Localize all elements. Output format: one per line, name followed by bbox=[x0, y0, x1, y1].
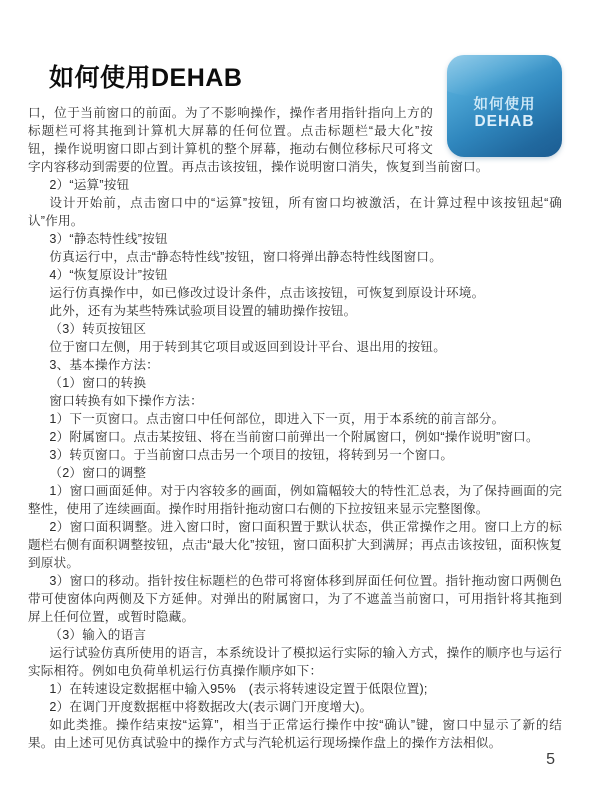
paragraph: 3）“静态特性线”按钮 bbox=[28, 230, 562, 248]
paragraph: 2）窗口面积调整。进入窗口时，窗口面积置于默认状态，供正常操作之用。窗口上方的标… bbox=[28, 518, 562, 572]
paragraph: （2）窗口的调整 bbox=[28, 464, 562, 482]
paragraph: 2）在调门开度数据框中将数据改大(表示调门开度增大)。 bbox=[28, 698, 562, 716]
paragraph: 4）“恢复原设计”按钮 bbox=[28, 266, 562, 284]
page-number: 5 bbox=[546, 751, 555, 769]
paragraph: 如此类推。操作结束按“运算”，相当于正常运行操作中按“确认”键，窗口中显示了新的… bbox=[28, 716, 562, 752]
paragraph: 运行仿真操作中，如已修改过设计条件，点击该按钮，可恢复到原设计环境。 bbox=[28, 284, 562, 302]
badge-title-chinese: 如何使用 bbox=[447, 97, 562, 114]
paragraph: （1）窗口的转换 bbox=[28, 374, 562, 392]
document-page: 如何使用 DEHAB 如何使用DEHAB 口，位于当前窗口的前面。为了不影响操作… bbox=[0, 0, 589, 800]
paragraph: 位于窗口左侧，用于转到其它项目或返回到设计平台、退出用的按钮。 bbox=[28, 338, 562, 356]
paragraph: 2）附属窗口。点击某按钮、将在当前窗口前弹出一个附属窗口，例如“操作说明”窗口。 bbox=[28, 428, 562, 446]
paragraph: 3）转页窗口。于当前窗口点击另一个项目的按钮，将转到另一个窗口。 bbox=[28, 446, 562, 464]
paragraph: 1）在转速设定数据框中输入95% (表示将转速设定置于低限位置); bbox=[28, 680, 562, 698]
paragraph: 此外，还有为某些特殊试验项目设置的辅助操作按钮。 bbox=[28, 302, 562, 320]
paragraph: 3、基本操作方法： bbox=[28, 356, 562, 374]
paragraph: 运行试验仿真所使用的语言，本系统设计了模拟运行实际的输入方式，操作的顺序也与运行… bbox=[28, 644, 562, 680]
paragraph: （3）转页按钮区 bbox=[28, 320, 562, 338]
paragraph: 3）窗口的移动。指针按住标题栏的色带可将窗体移到屏面任何位置。指针拖动窗口两侧色… bbox=[28, 572, 562, 626]
paragraph: （3）输入的语言 bbox=[28, 626, 562, 644]
paragraph: 1）窗口画面延伸。对于内容较多的画面，例如篇幅较大的特性汇总表，为了保持画面的完… bbox=[28, 482, 562, 518]
paragraph: 仿真运行中，点击“静态特性线”按钮，窗口将弹出静态特性线图窗口。 bbox=[28, 248, 562, 266]
badge-text: 如何使用 DEHAB bbox=[447, 97, 562, 130]
body-text: 口，位于当前窗口的前面。为了不影响操作，操作者用指针指向上方的标题栏可将其拖到计… bbox=[28, 104, 562, 752]
badge-gloss-highlight bbox=[447, 55, 552, 97]
paragraph: 1）下一页窗口。点击窗口中任何部位，即进入下一页，用于本系统的前言部分。 bbox=[28, 410, 562, 428]
dehab-badge-image: 如何使用 DEHAB bbox=[447, 55, 562, 157]
paragraph: 设计开始前，点击窗口中的“运算”按钮，所有窗口均被激活，在计算过程中该按钮起“确… bbox=[28, 194, 562, 230]
badge-title-latin: DEHAB bbox=[447, 114, 562, 130]
page-content: 如何使用 DEHAB 如何使用DEHAB 口，位于当前窗口的前面。为了不影响操作… bbox=[0, 0, 589, 752]
paragraph: 窗口转换有如下操作方法： bbox=[28, 392, 562, 410]
paragraph: 2）“运算”按钮 bbox=[28, 176, 562, 194]
